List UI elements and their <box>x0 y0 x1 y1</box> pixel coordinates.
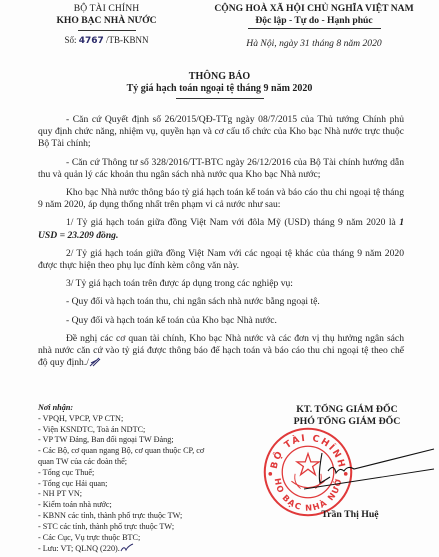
recipient-item: - Lưu: VT; QLNQ (220). <box>38 543 218 555</box>
divider <box>78 30 136 31</box>
recipient-item: - KBNN các tỉnh, thành phố trực thuộc TW… <box>38 511 218 522</box>
recipient-item: - Các Bộ, cơ quan ngang Bộ, cơ quan thuộ… <box>38 446 218 468</box>
national-motto: Độc lập - Tự do - Hạnh phúc <box>199 15 429 27</box>
divider <box>176 98 264 99</box>
item-3-bullet-2: - Quy đổi và hạch toán kế toán của Kho b… <box>38 315 404 327</box>
place-date: Hà Nội, ngày 31 tháng 8 năm 2020 <box>199 38 429 50</box>
recipient-item: - Các Cục, Vụ trực thuộc BTC; <box>38 533 218 544</box>
document-body: - Căn cứ Quyết định số 26/2015/QĐ-TTg ng… <box>38 114 404 375</box>
handwritten-number: 4767 <box>79 36 104 46</box>
intro-paragraph: Kho bạc Nhà nước thông báo tỷ giá hạch t… <box>38 187 404 211</box>
title-subtitle: Tỷ giá hạch toán ngoại tệ tháng 9 năm 20… <box>0 83 439 95</box>
nation-name: CỘNG HOÀ XÃ HỘI CHỦ NGHĨA VIỆT NAM <box>199 3 429 15</box>
title-main: THÔNG BÁO <box>0 71 439 83</box>
recipient-item: - NH PT VN; <box>38 489 218 500</box>
signer-name: Trần Thị Huệ <box>300 509 400 520</box>
recipient-item: - Viện KSNDTC, Toà án NDTC; <box>38 425 218 436</box>
on-behalf-label: KT. TỔNG GIÁM ĐỐC <box>262 404 432 416</box>
recipient-item: - VPQH, VPCP, VP CTN; <box>38 414 218 425</box>
issuing-agency-block: BỘ TÀI CHÍNH KHO BẠC NHÀ NƯỚC Số: 4767 /… <box>14 3 199 47</box>
recipient-item: - Tổng cục Hải quan; <box>38 479 218 490</box>
recipients-heading: Nơi nhận: <box>38 403 218 414</box>
handwritten-signature-icon <box>300 445 435 495</box>
ministry-name: BỘ TÀI CHÍNH <box>14 3 199 15</box>
recipient-item: - VP TW Đảng, Ban đối ngoại TW Đảng; <box>38 435 218 446</box>
initial-mark-icon <box>120 543 134 553</box>
divider <box>248 28 381 29</box>
document-title: THÔNG BÁO Tỷ giá hạch toán ngoại tệ thán… <box>0 71 439 99</box>
recipient-item: - Kiểm toán nhà nước; <box>38 500 218 511</box>
recipient-item: - Tổng cục Thuế; <box>38 468 218 479</box>
document-number: Số: 4767 /TB-KBNN <box>14 34 199 47</box>
recipient-item: - STC các tỉnh, thành phố trực thuộc TW; <box>38 522 218 533</box>
initial-mark-icon <box>89 357 101 367</box>
closing-paragraph: Đề nghị các cơ quan tài chính, Kho bạc N… <box>38 333 404 370</box>
legal-basis-2: - Căn cứ Thông tư số 328/2016/TT-BTC ngà… <box>38 157 404 181</box>
signature-block: KT. TỔNG GIÁM ĐỐC PHÓ TỔNG GIÁM ĐỐC <box>262 404 432 428</box>
agency-name: KHO BẠC NHÀ NƯỚC <box>14 15 199 27</box>
item-2: 2/ Tỷ giá hạch toán giữa đồng Việt Nam v… <box>38 248 404 272</box>
item-3: 3/ Tỷ giá hạch toán trên được áp dụng tr… <box>38 278 404 290</box>
recipients-list: Nơi nhận: - VPQH, VPCP, VP CTN; - Viện K… <box>38 403 218 555</box>
national-heading-block: CỘNG HOÀ XÃ HỘI CHỦ NGHĨA VIỆT NAM Độc l… <box>199 3 429 50</box>
item-1: 1/ Tỷ giá hạch toán giữa đồng Việt Nam v… <box>38 217 404 241</box>
legal-basis-1: - Căn cứ Quyết định số 26/2015/QĐ-TTg ng… <box>38 114 404 151</box>
item-3-bullet-1: - Quy đổi và hạch toán thu, chi ngân sác… <box>38 296 404 308</box>
